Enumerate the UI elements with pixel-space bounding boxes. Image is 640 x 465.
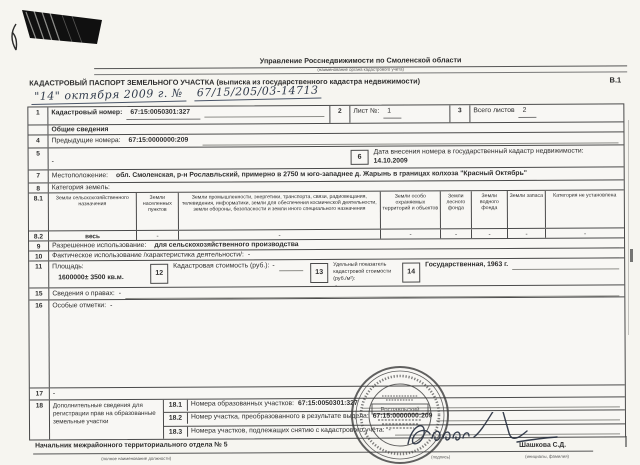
row-index: 5 <box>29 148 49 169</box>
row-category-headers: 8.1 Земли сельскохозяйственного назначен… <box>29 190 624 231</box>
handwritten-signature <box>402 412 562 462</box>
cadastral-cost-value: - <box>272 262 274 271</box>
scan-artifact-edge-line <box>628 120 629 335</box>
category-col-reserve: Земли запаса <box>508 191 546 228</box>
permitted-use-label: Разрешенное использование: <box>52 242 146 251</box>
rule-line <box>512 260 619 270</box>
category-col-industry: Земли промышленности, энергетики, трансп… <box>179 192 381 230</box>
cadastral-cost-label: Кадастровая стоимость (руб.): <box>173 262 269 271</box>
category-value: - <box>137 231 179 240</box>
binding-scribble-mark <box>2 2 122 64</box>
row-index: 1 <box>28 107 48 124</box>
row-index-box: 14 <box>402 262 420 282</box>
row-index-box: 6 <box>351 150 369 165</box>
cadastral-number-cell: Кадастровый номер: 67:15:0050301:327 <box>48 106 330 124</box>
row-special-notes: 16 Особые отметки: - <box>29 297 624 388</box>
row-index-box: 13 <box>310 263 328 283</box>
cadastral-number-label: Кадастровый номер: <box>51 109 122 118</box>
additional-info-label: Дополнительные сведения для регистрации … <box>53 402 160 427</box>
rule-line <box>204 108 324 118</box>
rule-line <box>279 262 304 271</box>
survey-system-cell: Государственная, 1963 г. <box>422 258 624 285</box>
rights-info-value: - <box>119 290 121 299</box>
subrow-index: 18.1 <box>164 400 188 411</box>
additional-info-label-cell: Дополнительные сведения для регистрации … <box>50 400 164 440</box>
row-area-cost: 11 Площадь: 1600000± 3500 кв.м. 12 Кадас… <box>29 258 624 288</box>
cadastral-table: 1 Кадастровый номер: 67:15:0050301:327 2… <box>27 103 626 440</box>
category-col-protected: Земли особо охраняемых территорий и объе… <box>381 191 441 228</box>
total-sheets-value: 2 <box>519 107 537 118</box>
scan-artifact-dash <box>630 249 633 262</box>
entry-date-label: Дата внесения номера в государственный к… <box>374 147 621 157</box>
category-value: - <box>179 230 381 240</box>
row-index: 3 <box>450 105 470 122</box>
category-value-agricultural: весь <box>49 231 137 240</box>
row17-value: - <box>53 390 55 399</box>
category-value: - <box>546 228 624 237</box>
row-index: 17 <box>30 388 50 399</box>
category-value: - <box>508 229 546 238</box>
subrow-index: 18.3 <box>164 426 188 437</box>
row-index: 8.2 <box>29 231 49 240</box>
total-sheets-label: Всего листов <box>473 107 514 116</box>
special-notes-value: - <box>110 302 112 311</box>
handwritten-date: "14" октября 2009 г. № <box>31 87 186 106</box>
handwritten-registration-number: 67/15/205/03-14713 <box>194 83 322 101</box>
unit-cost-label: Удельный показатель кадастровой стоимост… <box>333 262 397 283</box>
rule-line <box>202 134 618 145</box>
category-col-forest: Земли лесного фонда <box>441 191 472 228</box>
area-cell: Площадь: 1600000± 3500 кв.м. <box>49 261 148 288</box>
title-bar: КАДАСТРОВЫЙ ПАСПОРТ ЗЕМЕЛЬНОГО УЧАСТКА (… <box>29 75 627 87</box>
subrow-index: 18.2 <box>164 413 188 424</box>
form-code: В.1 <box>610 75 628 84</box>
section-title: Общие сведения <box>51 126 108 135</box>
unit-cost-cell: Удельный показатель кадастровой стоимост… <box>330 260 400 286</box>
document-body: Управление Росснедвижимости по Смоленско… <box>0 0 640 465</box>
previous-numbers-label: Предыдущие номера: <box>51 137 120 146</box>
row-index-empty <box>28 125 48 134</box>
row5-empty-cell: - <box>49 147 349 170</box>
row-index-box: 12 <box>150 264 168 284</box>
land-category-label: Категория земель: <box>52 184 110 193</box>
scanned-cadastral-passport: Управление Росснедвижимости по Смоленско… <box>0 0 640 465</box>
row-index: 18 <box>30 400 50 439</box>
official-position: Начальник межрайонного территориального … <box>35 441 355 450</box>
category-col-not-set: Категория не установлена <box>546 190 624 227</box>
row-index: 16 <box>29 300 49 387</box>
special-notes-label: Особые отметки: <box>52 302 106 311</box>
category-col-settlements: Земли населенных пунктов <box>137 193 179 230</box>
category-col-water: Земли водного фонда <box>472 191 508 228</box>
area-value: 1600000± 3500 кв.м. <box>58 274 124 283</box>
row-index: 2 <box>330 106 350 123</box>
cadastral-number-value: 67:15:0050301:327 <box>126 109 200 120</box>
row5-dash: - <box>52 159 54 168</box>
location-label: Местоположение: <box>52 172 108 181</box>
category-col-agricultural: Земли сельскохозяйственного назначения <box>49 193 137 230</box>
row-entry-date: 5 - 6 Дата внесения номера в государстве… <box>29 145 624 170</box>
category-value: - <box>472 229 508 238</box>
survey-system-value: Государственная, 1963 г. <box>425 261 508 270</box>
total-sheets-cell: Всего листов 2 <box>470 104 623 122</box>
row-index: 8.1 <box>29 193 49 230</box>
position-caption: (полное наименование должности) <box>101 456 171 461</box>
row-index: 15 <box>29 288 49 299</box>
sheet-label: Лист №: <box>353 108 379 117</box>
rights-info-label: Сведения о правах: <box>52 290 114 299</box>
sheet-number-cell: Лист №: 1 <box>350 105 450 123</box>
previous-numbers-value: 67:15:0000000:209 <box>125 137 199 148</box>
row-index: 9 <box>29 241 49 250</box>
formed-parcels-label: Номера образованных участков: <box>191 400 294 409</box>
category-value: - <box>441 229 472 238</box>
entry-date-cell: Дата внесения номера в государственный к… <box>371 145 624 167</box>
entry-date-value: 14.10.2009 <box>374 157 408 166</box>
category-value: - <box>381 229 441 238</box>
row-index: 7 <box>29 170 49 182</box>
sheet-value: 1 <box>383 108 401 119</box>
row-index: 4 <box>28 135 48 147</box>
scan-artifact-dash <box>625 436 627 447</box>
row-index: 11 <box>29 261 49 287</box>
row-index: 10 <box>29 251 49 260</box>
row-index: 8 <box>29 183 49 192</box>
cadastral-cost-cell: Кадастровая стоимость (руб.): - <box>170 260 308 287</box>
actual-use-value: - <box>248 251 250 260</box>
area-label: Площадь: <box>52 263 145 272</box>
authority-caption: (наименование органа кадастрового учета) <box>94 65 627 75</box>
